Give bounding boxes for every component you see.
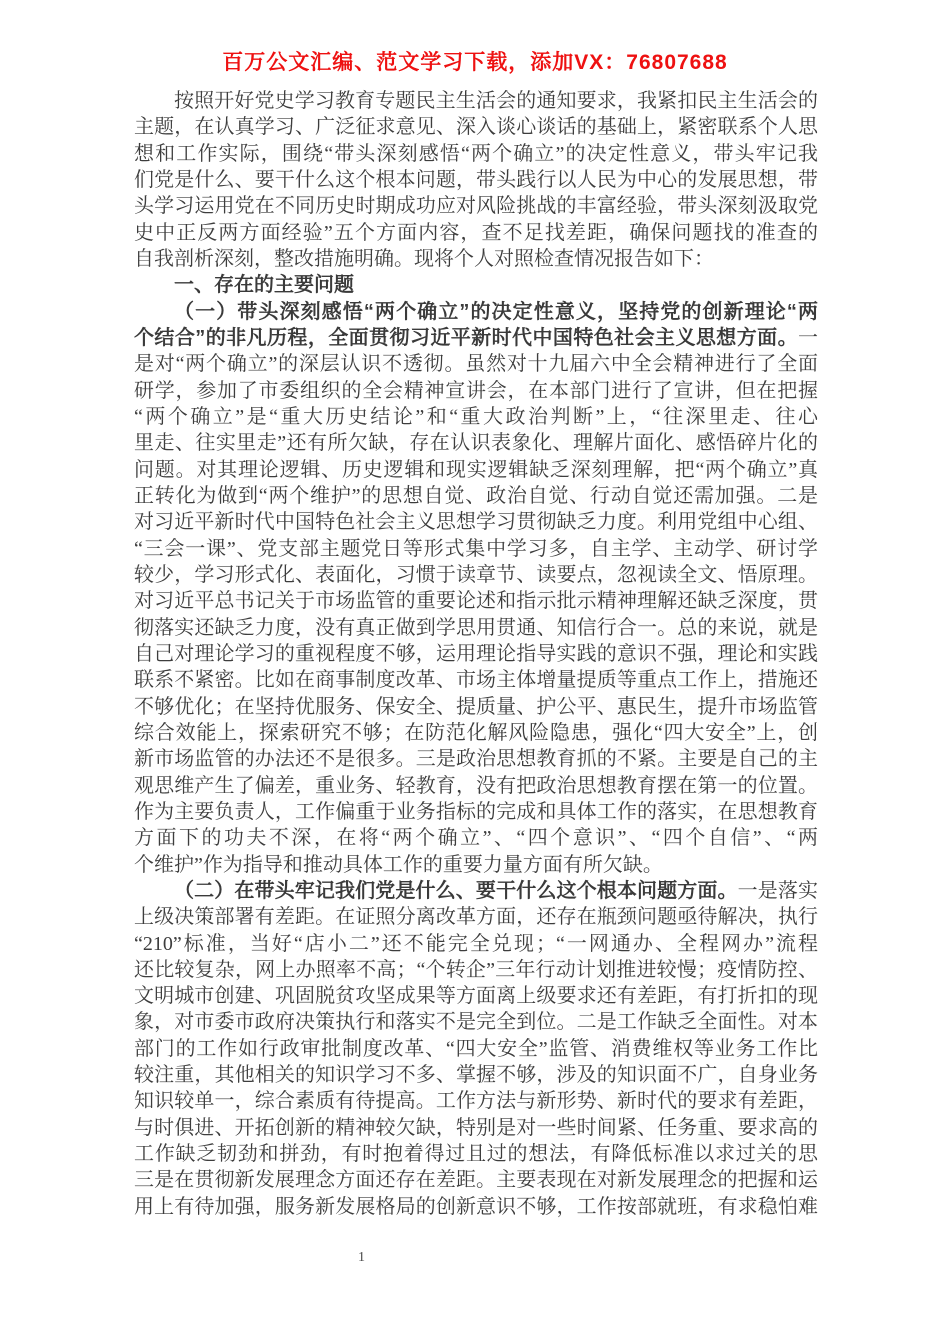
doc-line: （一）带头深刻感悟“两个确立”的决定性意义，坚持党的创新理论“两 <box>134 299 818 325</box>
doc-line: 部门的工作如行政审批制度改革、“四大安全”监管、消费维权等业务工作比 <box>134 1036 818 1062</box>
bold-run: （二）在带头牢记我们党是什么、要干什么这个根本问题方面。 <box>174 880 738 902</box>
doc-line: 工作缺乏韧劲和拼劲，有时抱着得过且过的想法，有降低标准以求过关的思想。 <box>134 1141 818 1167</box>
doc-line: 按照开好党史学习教育专题民主生活会的通知要求，我紧扣民主生活会的 <box>134 88 818 114</box>
doc-line: 综合效能上，探索研究不够；在防范化解风险隐患，强化“四大安全”上，创 <box>134 720 818 746</box>
document-page: { "colors": { "promo_red": "#ee1111", "b… <box>0 0 950 1344</box>
doc-line: 头学习运用党在不同历史时期成功应对风险挑战的丰富经验，带头深刻汲取党 <box>134 193 818 219</box>
doc-line: 们党是什么、要干什么这个根本问题，带头践行以人民为中心的发展思想，带 <box>134 167 818 193</box>
doc-line: 知识较单一，综合素质有待提高。工作方法与新形势、新时代的要求有差距， <box>134 1088 818 1114</box>
doc-line: 里走、往实里走”还有所欠缺，存在认识表象化、理解片面化、感悟碎片化的 <box>134 430 818 456</box>
doc-line: 问题。对其理论逻辑、历史逻辑和现实逻辑缺乏深刻理解，把“两个确立”真 <box>134 457 818 483</box>
section-heading: 一、存在的主要问题 <box>134 272 818 298</box>
text-run: 一是落实 <box>738 880 818 902</box>
doc-line: 与时俱进、开拓创新的精神较欠缺，特别是对一些时间紧、任务重、要求高的 <box>134 1115 818 1141</box>
doc-line: 方面下的功夫不深，在将“两个确立”、“四个意识”、“四个自信”、“两 <box>134 825 818 851</box>
doc-line: 彻落实还缺乏力度，没有真正做到学思用贯通、知信行合一。总的来说，就是 <box>134 615 818 641</box>
doc-line: 史中正反两方面经验”五个方面内容，查不足找差距，确保问题找的准查的实， <box>134 220 818 246</box>
doc-line: “三会一课”、党支部主题党日等形式集中学习多，自主学、主动学、研讨学 <box>134 536 818 562</box>
doc-line: 个维护”作为指导和推动具体工作的重要力量方面有所欠缺。 <box>134 852 818 878</box>
doc-line: 象，对市委市政府决策执行和落实不是完全到位。二是工作缺乏全面性。对本 <box>134 1009 818 1035</box>
document-body: 按照开好党史学习教育专题民主生活会的通知要求，我紧扣民主生活会的 主题，在认真学… <box>134 88 818 1220</box>
doc-line: 自我剖析深刻，整改措施明确。现将个人对照检查情况报告如下： <box>134 246 818 272</box>
doc-line: 是对“两个确立”的深层认识不透彻。虽然对十九届六中全会精神进行了全面 <box>134 351 818 377</box>
doc-line: 还比较复杂，网上办照率不高；“个转企”三年行动计划推进较慢；疫情防控、 <box>134 957 818 983</box>
doc-line: 对习近平总书记关于市场监管的重要论述和指示批示精神理解还缺乏深度，贯 <box>134 588 818 614</box>
doc-line: 三是在贯彻新发展理念方面还存在差距。主要表现在对新发展理念的把握和运 <box>134 1167 818 1193</box>
doc-line: 联系不紧密。比如在商事制度改革、市场主体增量提质等重点工作上，措施还 <box>134 667 818 693</box>
doc-line: 作为主要负责人，工作偏重于业务指标的完成和具体工作的落实，在思想教育 <box>134 799 818 825</box>
doc-line: “210”标准，当好“店小二”还不能完全兑现；“一网通办、全程网办”流程 <box>134 931 818 957</box>
doc-line: （二）在带头牢记我们党是什么、要干什么这个根本问题方面。一是落实 <box>134 878 818 904</box>
bold-run: 个结合”的非凡历程，全面贯彻习近平新时代中国特色社会主义思想方面。 <box>134 327 798 349</box>
doc-line: 用上有待加强，服务新发展格局的创新意识不够，工作按部就班，有求稳怕难 <box>134 1194 818 1220</box>
text-run: 一 <box>798 327 818 349</box>
doc-line: 上级决策部署有差距。在证照分离改革方面，还存在瓶颈问题亟待解决，执行 <box>134 904 818 930</box>
doc-line: 观思维产生了偏差，重业务、轻教育，没有把政治思想教育摆在第一的位置。 <box>134 773 818 799</box>
doc-line: 对习近平新时代中国特色社会主义思想学习贯彻缺乏力度。利用党组中心组、 <box>134 509 818 535</box>
doc-line: 新市场监管的办法还不是很多。三是政治思想教育抓的不紧。主要是自己的主 <box>134 746 818 772</box>
doc-line: 主题，在认真学习、广泛征求意见、深入谈心谈话的基础上，紧密联系个人思 <box>134 114 818 140</box>
bold-run: （一）带头深刻感悟“两个确立”的决定性意义，坚持党的创新理论“两 <box>174 301 818 323</box>
doc-line: 自己对理论学习的重视程度不够，运用理论指导实践的意识不强，理论和实践 <box>134 641 818 667</box>
promo-header: 百万公文汇编、范文学习下载，添加VX：76807688 <box>0 46 950 76</box>
doc-line: 正转化为做到“两个维护”的思想自觉、政治自觉、行动自觉还需加强。二是 <box>134 483 818 509</box>
doc-line: 较少，学习形式化、表面化，习惯于读章节、读要点，忽视读全文、悟原理。 <box>134 562 818 588</box>
page-number: 1 <box>358 1250 365 1266</box>
doc-line: 不够优化；在坚持优服务、保安全、提质量、护公平、惠民生，提升市场监管 <box>134 694 818 720</box>
doc-line: 研学，参加了市委组织的全会精神宣讲会，在本部门进行了宣讲，但在把握 <box>134 378 818 404</box>
doc-line: 文明城市创建、巩固脱贫攻坚成果等方面离上级要求还有差距，有打折扣的现 <box>134 983 818 1009</box>
doc-line: 个结合”的非凡历程，全面贯彻习近平新时代中国特色社会主义思想方面。一 <box>134 325 818 351</box>
doc-line: 想和工作实际，围绕“带头深刻感悟“两个确立”的决定性意义，带头牢记我 <box>134 141 818 167</box>
doc-line: 较注重，其他相关的知识学习不多、掌握不够，涉及的知识面不广，自身业务 <box>134 1062 818 1088</box>
doc-line: “两个确立”是“重大历史结论”和“重大政治判断”上，“往深里走、往心 <box>134 404 818 430</box>
